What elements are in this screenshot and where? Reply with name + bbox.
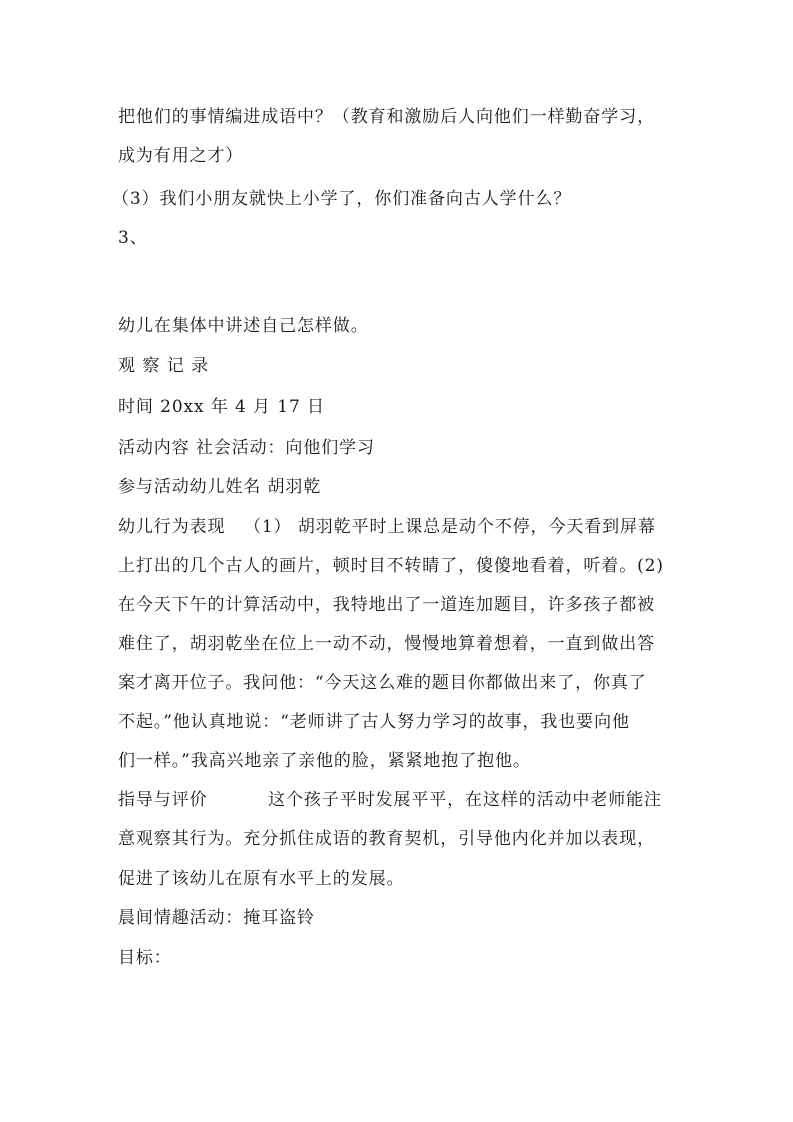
section-number: 3、 bbox=[118, 227, 148, 249]
record-evaluation-label: 指导与评价 bbox=[118, 790, 208, 810]
record-behavior-text: 难住了，胡羽乾坐在位上一动不动，慢慢地算着想着，一直到做出答 bbox=[118, 633, 655, 655]
record-child-label: 参与活动幼儿姓名 bbox=[118, 477, 261, 497]
activity-title: 晨间情趣活动：掩耳盗铃 bbox=[118, 907, 315, 929]
record-time-value: 20xx 年 4 月 17 日 bbox=[160, 397, 325, 417]
record-time-label: 时间 bbox=[118, 397, 154, 417]
record-activity-value: 社会活动：向他们学习 bbox=[196, 438, 375, 458]
record-behavior-text: 们一样。”我高兴地亲了亲他的脸，紧紧地抱了抱他。 bbox=[118, 750, 531, 772]
record-child-value: 胡羽乾 bbox=[268, 477, 322, 497]
record-evaluation-text: 这个孩子平时发展平平，在这样的活动中老师能注 bbox=[268, 790, 662, 810]
record-evaluation-text: 促进了该幼儿在原有水平上的发展。 bbox=[118, 868, 404, 890]
record-activity-label: 活动内容 bbox=[118, 438, 190, 458]
record-child-row: 参与活动幼儿姓名 胡羽乾 bbox=[118, 476, 321, 498]
text-line: （3）我们小朋友就快上小学了，你们准备向古人学什么？ bbox=[112, 188, 571, 210]
record-activity-row: 活动内容 社会活动：向他们学习 bbox=[118, 437, 375, 459]
text-line: 幼儿在集体中讲述自己怎样做。 bbox=[118, 315, 369, 337]
record-behavior-text: （1） 胡羽乾平时上课总是动个不停，今天看到屏幕 bbox=[244, 517, 656, 537]
document-page: 把他们的事情编进成语中？（教育和激励后人向他们一样勤奋学习， 成为有用之才） （… bbox=[0, 0, 793, 1122]
record-behavior-label: 幼儿行为表现 bbox=[118, 517, 225, 537]
text-line: 把他们的事情编进成语中？（教育和激励后人向他们一样勤奋学习， bbox=[118, 106, 655, 128]
record-time-row: 时间 20xx 年 4 月 17 日 bbox=[118, 396, 325, 418]
text-line: 成为有用之才） bbox=[118, 145, 243, 167]
record-title: 观 察 记 录 bbox=[118, 355, 209, 377]
record-behavior-text: 不起。”他认真地说：“老师讲了古人努力学习的故事，我也要向他 bbox=[118, 711, 630, 733]
record-behavior-row: 幼儿行为表现 （1） 胡羽乾平时上课总是动个不停，今天看到屏幕 bbox=[118, 516, 656, 538]
record-behavior-text: 上打出的几个古人的画片，顿时目不转睛了，傻傻地看着，听着。(2) bbox=[118, 555, 664, 577]
goal-label: 目标： bbox=[118, 947, 172, 969]
record-behavior-text: 案才离开位子。我问他：“今天这么难的题目你都做出来了，你真了 bbox=[118, 672, 647, 694]
record-evaluation-row: 指导与评价 这个孩子平时发展平平，在这样的活动中老师能注 bbox=[118, 789, 662, 811]
record-behavior-text: 在今天下午的计算活动中，我特地出了一道连加题目，许多孩子都被 bbox=[118, 594, 655, 616]
record-evaluation-text: 意观察其行为。充分抓住成语的教育契机，引导他内化并加以表现， bbox=[118, 828, 655, 850]
